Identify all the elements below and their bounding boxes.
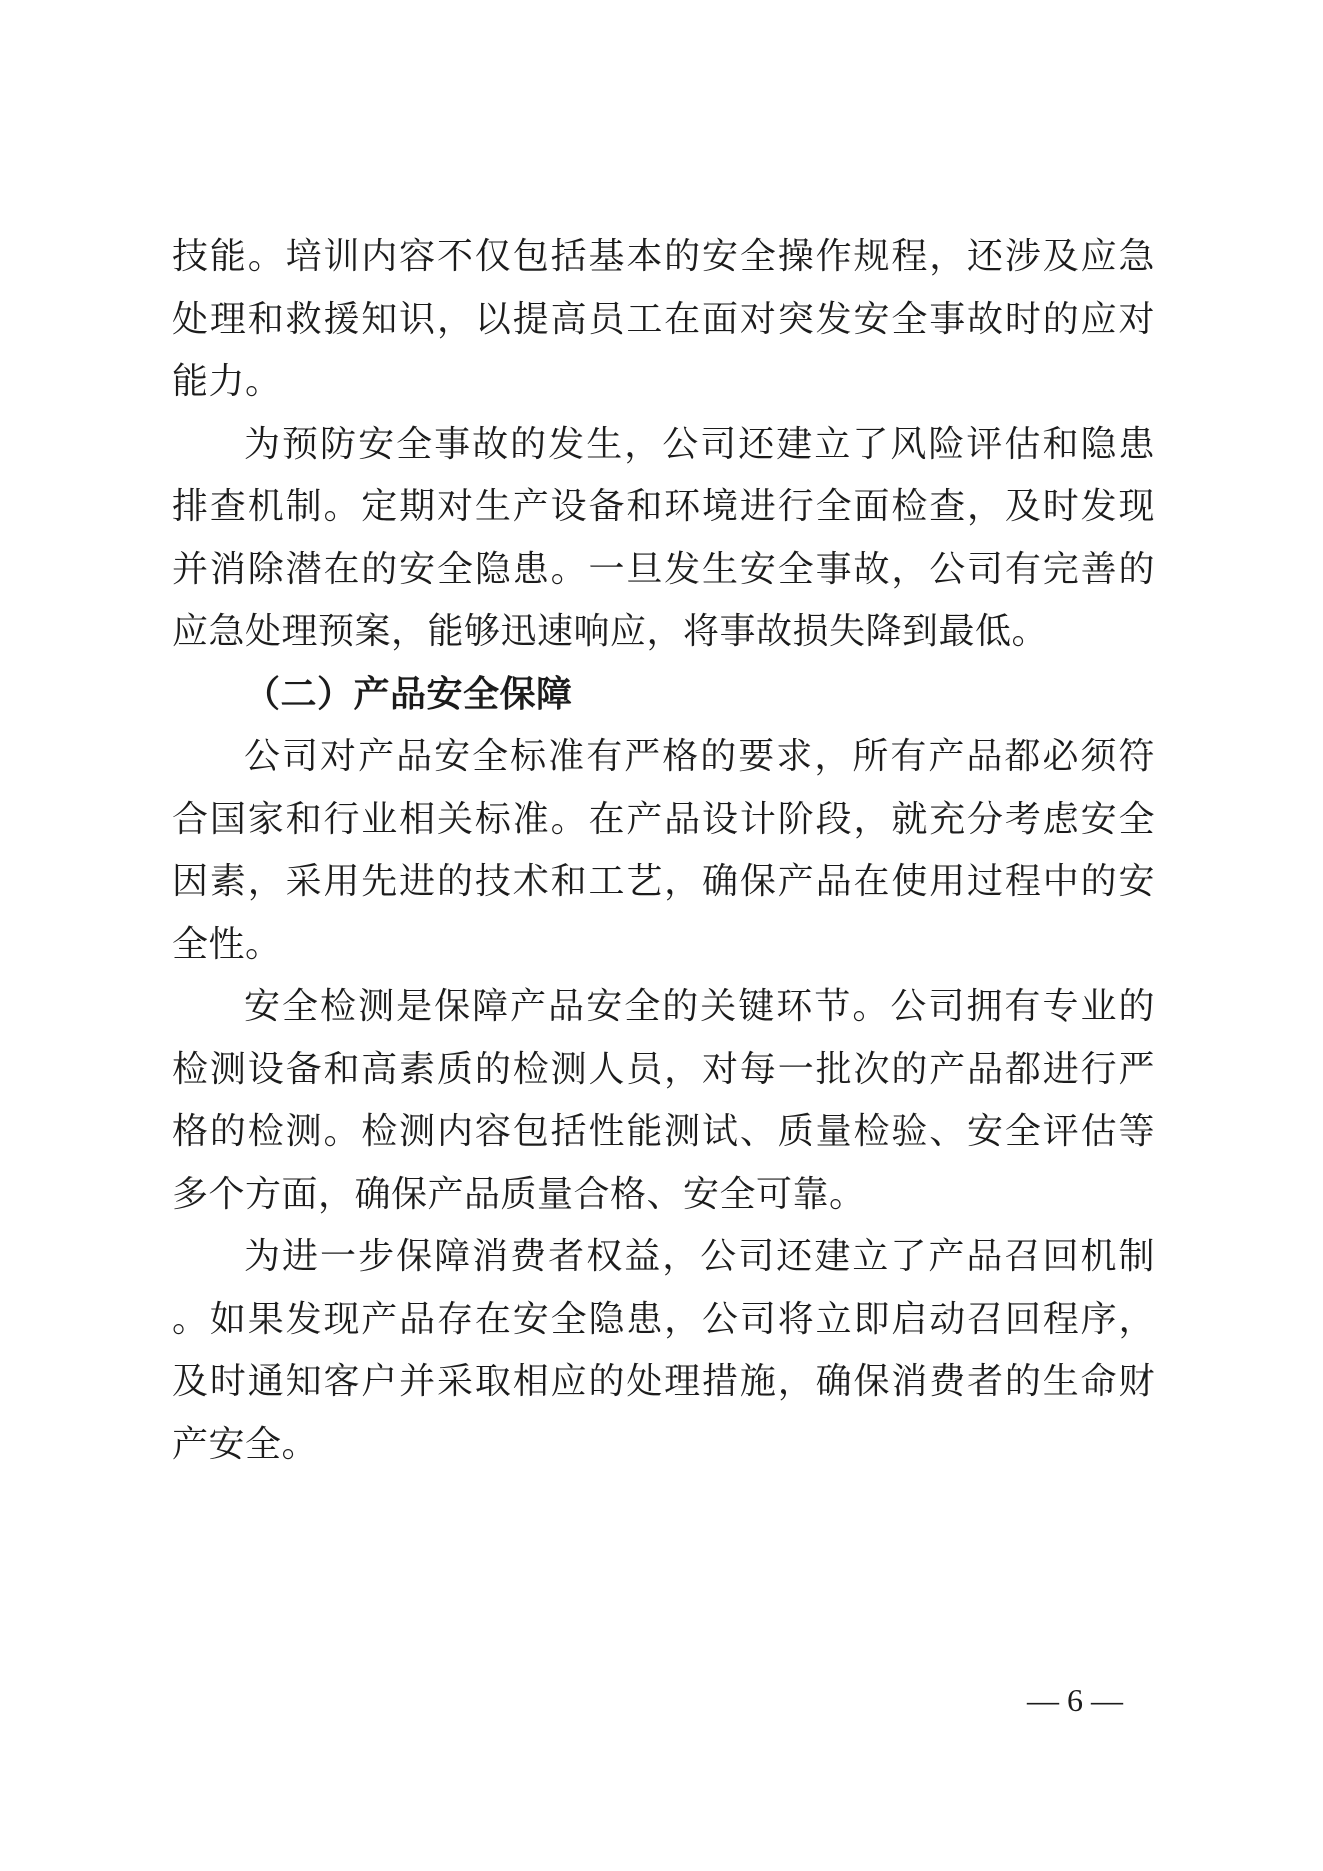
document-page: 技能。培训内容不仅包括基本的安全操作规程，还涉及应急 处理和救援知识，以提高员工… [0,0,1323,1871]
section-heading: （二）产品安全保障 [172,663,1155,726]
text-line: 多个方面，确保产品质量合格、安全可靠。 [172,1163,1155,1226]
text-line: 因素，采用先进的技术和工艺，确保产品在使用过程中的安 [172,850,1155,913]
text-line: 公司对产品安全标准有严格的要求，所有产品都必须符 [172,725,1155,788]
text-line: 及时通知客户并采取相应的处理措施，确保消费者的生命财 [172,1350,1155,1413]
text-line: 合国家和行业相关标准。在产品设计阶段，就充分考虑安全 [172,788,1155,851]
text-line: 检测设备和高素质的检测人员，对每一批次的产品都进行严 [172,1038,1155,1101]
text-line: 技能。培训内容不仅包括基本的安全操作规程，还涉及应急 [172,225,1155,288]
text-line: 处理和救援知识，以提高员工在面对突发安全事故时的应对 [172,288,1155,351]
page-number: — 6 — [1000,1678,1150,1722]
text-line: 产安全。 [172,1413,1155,1476]
text-line: 。如果发现产品存在安全隐患，公司将立即启动召回程序， [172,1288,1155,1351]
text-line: 能力。 [172,350,1155,413]
text-line: 并消除潜在的安全隐患。一旦发生安全事故，公司有完善的 [172,538,1155,601]
text-line: 为预防安全事故的发生，公司还建立了风险评估和隐患 [172,413,1155,476]
text-line: 应急处理预案，能够迅速响应，将事故损失降到最低。 [172,600,1155,663]
text-line: 安全检测是保障产品安全的关键环节。公司拥有专业的 [172,975,1155,1038]
text-line: 为进一步保障消费者权益，公司还建立了产品召回机制 [172,1225,1155,1288]
document-body: 技能。培训内容不仅包括基本的安全操作规程，还涉及应急 处理和救援知识，以提高员工… [172,225,1155,1475]
text-line: 排查机制。定期对生产设备和环境进行全面检查，及时发现 [172,475,1155,538]
text-line: 全性。 [172,913,1155,976]
text-line: 格的检测。检测内容包括性能测试、质量检验、安全评估等 [172,1100,1155,1163]
